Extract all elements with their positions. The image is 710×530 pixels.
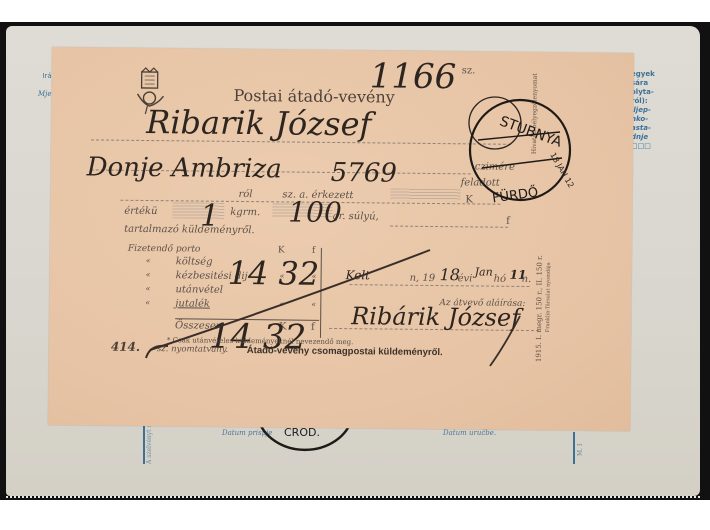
ink-overlay: STUBNYA FÜRDŐ 18 JAN 12 xyxy=(0,0,710,530)
postmark-stamp: STUBNYA FÜRDŐ 18 JAN 12 xyxy=(469,97,576,206)
svg-text:FÜRDŐ: FÜRDŐ xyxy=(491,183,539,206)
svg-text:18 JAN 12: 18 JAN 12 xyxy=(548,151,575,189)
